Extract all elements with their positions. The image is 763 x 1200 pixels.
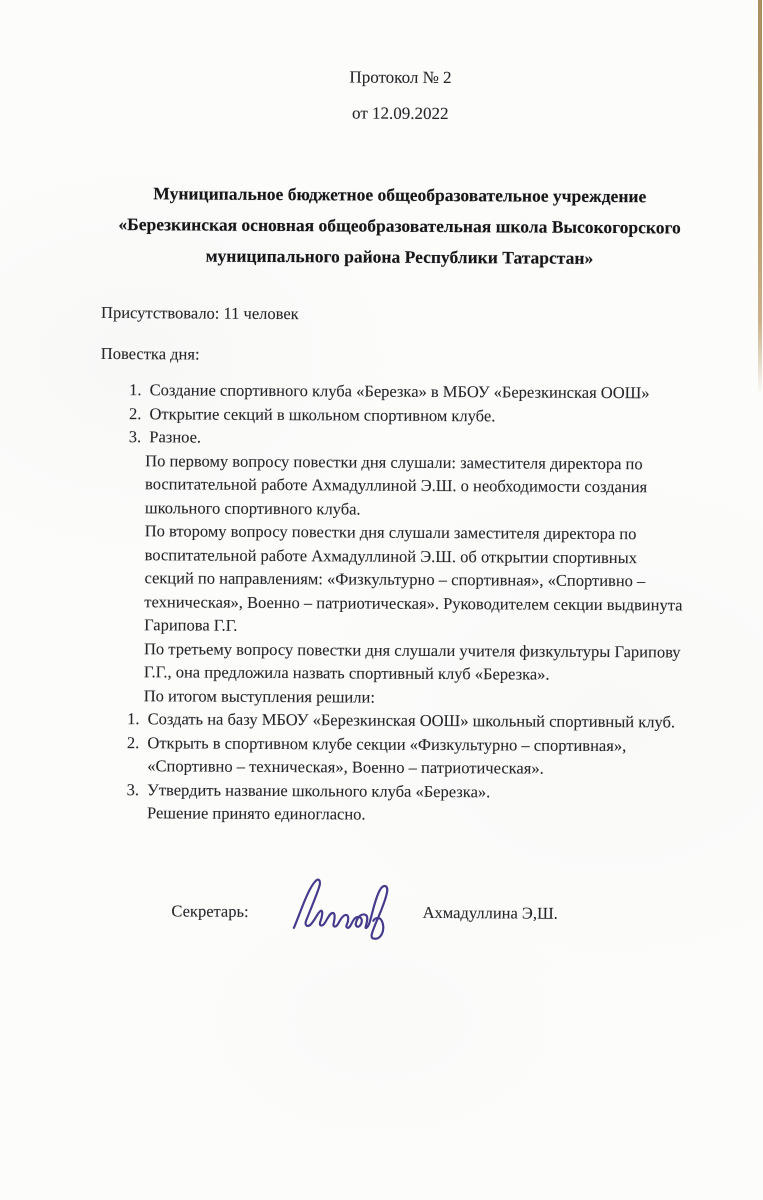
document-date: от 12.09.2022 [102,102,698,126]
scan-edge-artifact [758,0,762,395]
decisions-list: Создать на базу МБОУ «Березкинская ООШ» … [98,707,684,805]
organization-header: Муниципальное бюджетное общеобразователь… [101,178,698,275]
decision-item: Открыть в спортивном клубе секции «Физку… [143,731,683,781]
secretary-label: Секретарь: [171,899,248,923]
agenda-item: Создание спортивного клуба «Березка» в М… [146,378,697,405]
agenda-list: Создание спортивного клуба «Березка» в М… [100,378,696,452]
agenda-item: Разное. [145,425,696,452]
secretary-name: Ахмадуллина Э,Ш. [423,900,558,924]
handwritten-signature [286,872,390,941]
closing-line: Решение принято единогласно. [147,801,683,828]
agenda-heading: Повестка дня: [101,341,697,368]
minutes-body: По первому вопросу повестки дня слушали:… [143,449,685,828]
minutes-paragraph: По второму вопросу повестки дня слушали … [144,519,685,640]
scanned-protocol-page: Протокол № 2 от 12.09.2022 Муниципальное… [0,0,763,1200]
agenda-item: Открытие секций в школьном спортивном кл… [145,402,696,429]
decision-item: Утвердить название школьного клуба «Бере… [143,778,683,805]
attendance-line: Присутствовало: 11 человек [101,301,697,328]
document-content: Протокол № 2 от 12.09.2022 Муниципальное… [97,0,699,942]
decision-item: Создать на базу МБОУ «Березкинская ООШ» … [144,707,684,734]
minutes-paragraph: По первому вопросу повестки дня слушали:… [145,449,685,523]
document-title: Протокол № 2 [102,66,698,90]
minutes-paragraph: По третьему вопросу повестки дня слушали… [144,637,684,687]
signature-row: Секретарь: Ахмадуллина Э,Ш. [97,898,693,942]
decisions-intro: По итогом выступления решили: [144,684,684,711]
